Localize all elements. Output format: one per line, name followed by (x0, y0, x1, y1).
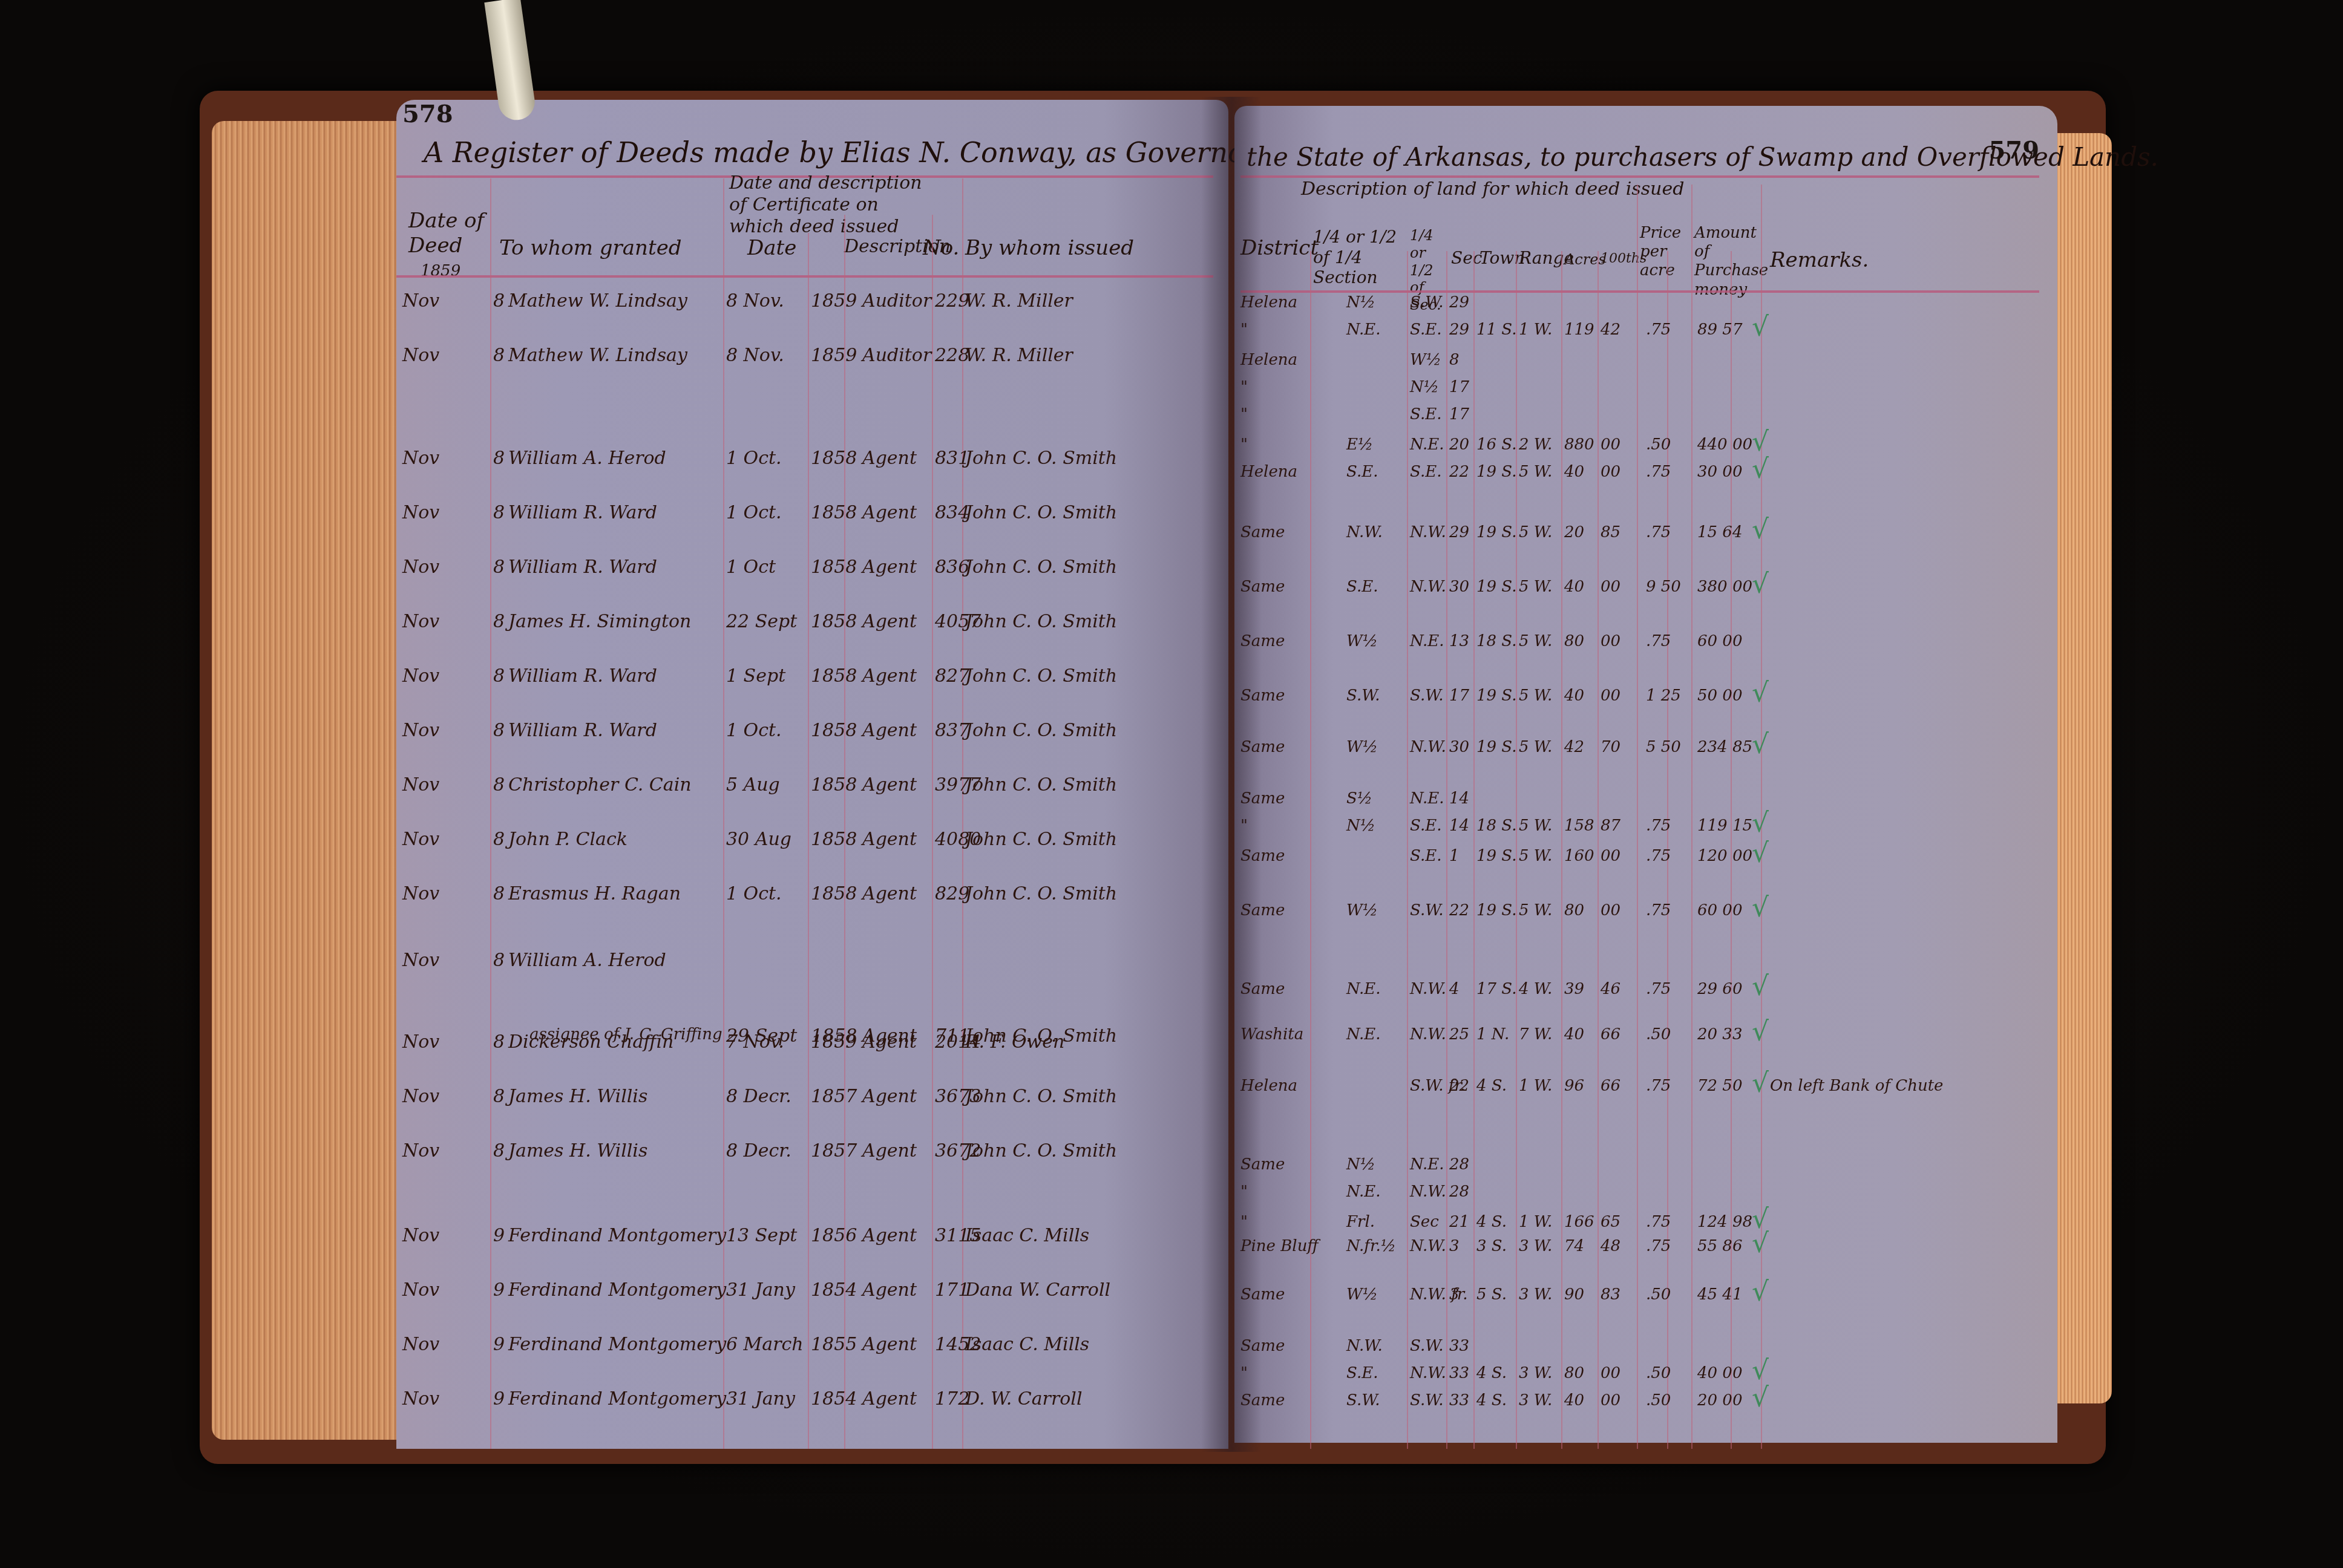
township: 18 S. (1476, 817, 1517, 835)
purchase-amount: 72 50 (1697, 1077, 1742, 1095)
deed-month: Nov (402, 950, 439, 971)
issued-by: Dana W. Carroll (965, 1279, 1110, 1301)
section: 4 (1449, 980, 1460, 998)
acres: 40 (1564, 578, 1584, 596)
acres: 166 (1564, 1213, 1594, 1231)
acres: 74 (1564, 1237, 1584, 1255)
check-mark-icon: √ (1752, 971, 1769, 1002)
quarter-of-section: S.W. (1410, 1337, 1444, 1355)
quarter-of-section: N.W. (1410, 1364, 1446, 1382)
certificate-year: 1855 (811, 1334, 857, 1355)
header-sec: Sec (1451, 248, 1482, 269)
certificate-number: 834 (935, 502, 969, 523)
quarter-of-section: N½ (1410, 378, 1439, 396)
header-date-of-deed: Date of Deed (408, 209, 487, 258)
acres-hundredths: 87 (1601, 817, 1620, 835)
quarter-quarter: W½ (1346, 632, 1378, 650)
acres-hundredths: 66 (1601, 1077, 1620, 1095)
section: 3 (1449, 1237, 1460, 1255)
quarter-of-section: N.E. (1410, 789, 1444, 808)
certificate-date: 1 Oct. (726, 720, 782, 741)
acres-hundredths: 00 (1601, 687, 1620, 705)
quarter-quarter: E½ (1346, 436, 1373, 454)
issued-by: Isaac C. Mills (965, 1334, 1089, 1355)
price-per-acre: .75 (1646, 632, 1671, 650)
header-land-group: Description of land for which deed issue… (1301, 178, 1684, 200)
acres: 80 (1564, 632, 1584, 650)
certificate-year: 1857 (811, 1140, 857, 1161)
column-line (723, 178, 724, 1449)
certificate-date: 8 Nov. (726, 290, 784, 312)
quarter-of-section: S.E. (1410, 321, 1441, 339)
acres-hundredths: 65 (1601, 1213, 1620, 1231)
certificate-number: 829 (935, 883, 969, 904)
header-remarks: Remarks. (1770, 248, 1869, 273)
grantee-name: William R. Ward (508, 502, 657, 523)
quarter-quarter: N½ (1346, 1155, 1375, 1174)
deed-day: 8 (493, 950, 505, 971)
page-edges-right (2057, 133, 2112, 1403)
quarter-quarter: W½ (1346, 1285, 1378, 1304)
township: 4 S. (1476, 1364, 1507, 1382)
price-per-acre: .50 (1646, 436, 1671, 454)
grantee-name: William A. Herod (508, 950, 666, 971)
purchase-amount: 20 33 (1697, 1025, 1742, 1044)
certificate-number: 837 (935, 720, 969, 741)
grantee-name: James H. Willis (508, 1086, 647, 1107)
price-per-acre: .75 (1646, 901, 1671, 920)
section: 1 (1449, 847, 1460, 865)
header-certificate-group: Date and description of Certificate on w… (729, 172, 935, 238)
range: 1 W. (1519, 321, 1552, 339)
certificate-description: Agent (862, 1031, 917, 1053)
township: 4 S. (1476, 1391, 1507, 1410)
price-per-acre: .50 (1646, 1364, 1671, 1382)
certificate-year: 1858 (811, 448, 857, 469)
certificate-description: Agent (862, 611, 917, 632)
deed-month: Nov (402, 557, 439, 578)
certificate-date: 1 Sept (726, 665, 785, 687)
township: 1 N. (1476, 1025, 1509, 1044)
range: 7 W. (1519, 1025, 1552, 1044)
right-page: 579 the State of Arkansas, to purchasers… (1234, 106, 2057, 1443)
certificate-date: 31 Jany (726, 1279, 795, 1301)
township: 4 S. (1476, 1077, 1507, 1095)
deed-day: 8 (493, 1086, 505, 1107)
header-date: Date (747, 236, 796, 261)
quarter-quarter: W½ (1346, 738, 1378, 756)
column-line (1446, 251, 1447, 1449)
price-per-acre: .75 (1646, 1213, 1671, 1231)
purchase-amount: 124 98 (1697, 1213, 1752, 1231)
certificate-year: 1859 (811, 345, 857, 366)
certificate-year: 1858 (811, 829, 857, 850)
purchase-amount: 89 57 (1697, 321, 1742, 339)
section: 22 (1449, 1077, 1469, 1095)
quarter-of-section: S.E. (1410, 817, 1441, 835)
issued-by: John C. O. Smith (965, 1140, 1117, 1161)
price-per-acre: .75 (1646, 817, 1671, 835)
deed-day: 8 (493, 502, 505, 523)
grantee-name: Christopher C. Cain (508, 774, 692, 795)
certificate-year: 1856 (811, 1225, 857, 1246)
header-by-whom-issued: By whom issued (965, 236, 1134, 261)
header-year: 1859 (421, 262, 460, 281)
issued-by: John C. O. Smith (965, 665, 1117, 687)
remark: On left Bank of Chute (1770, 1077, 1944, 1095)
township: 19 S. (1476, 463, 1517, 481)
grantee-name: James H. Simington (508, 611, 691, 632)
issued-by: Isaac C. Mills (965, 1225, 1089, 1246)
section: 14 (1449, 817, 1469, 835)
deed-month: Nov (402, 1140, 439, 1161)
header-price-per-acre: Price per acre (1640, 224, 1688, 281)
acres-hundredths: 66 (1601, 1025, 1620, 1044)
deed-month: Nov (402, 502, 439, 523)
range: 3 W. (1519, 1391, 1552, 1410)
acres: 80 (1564, 1364, 1584, 1382)
certificate-description: Auditor (862, 345, 931, 366)
deed-day: 8 (493, 345, 505, 366)
deed-month: Nov (402, 1031, 439, 1053)
certificate-date: 8 Nov. (726, 345, 784, 366)
range: 5 W. (1519, 523, 1552, 541)
acres-hundredths: 83 (1601, 1285, 1620, 1304)
check-mark-icon: √ (1752, 838, 1769, 869)
certificate-description: Agent (862, 1334, 917, 1355)
quarter-quarter: S.E. (1346, 1364, 1378, 1382)
section: 33 (1449, 1364, 1469, 1382)
header-acres: Acres (1564, 251, 1606, 269)
price-per-acre: 5 50 (1646, 738, 1681, 756)
issued-by: John C. O. Smith (965, 611, 1117, 632)
deed-day: 8 (493, 883, 505, 904)
quarter-quarter: S½ (1346, 789, 1372, 808)
section: 25 (1449, 1025, 1469, 1044)
section: 20 (1449, 436, 1469, 454)
certificate-date: 1 Oct. (726, 883, 782, 904)
certificate-description: Agent (862, 774, 917, 795)
township: 18 S. (1476, 632, 1517, 650)
quarter-of-section: S.W. (1410, 687, 1444, 705)
column-line (962, 178, 963, 1449)
check-mark-icon: √ (1752, 1355, 1769, 1386)
column-line (1473, 251, 1475, 1449)
purchase-amount: 40 00 (1697, 1364, 1742, 1382)
deed-day: 9 (493, 1334, 505, 1355)
grantee-name: Ferdinand Montgomery (508, 1388, 726, 1410)
range: 5 W. (1519, 817, 1552, 835)
township: 19 S. (1476, 738, 1517, 756)
acres: 119 (1564, 321, 1594, 339)
grantee-name: Ferdinand Montgomery (508, 1225, 726, 1246)
township: 3 S. (1476, 1237, 1507, 1255)
certificate-description: Agent (862, 557, 917, 578)
price-per-acre: 9 50 (1646, 578, 1681, 596)
check-mark-icon: √ (1752, 569, 1769, 599)
certificate-year: 1858 (811, 557, 857, 578)
quarter-of-section: N.E. (1410, 1155, 1444, 1174)
acres: 40 (1564, 687, 1584, 705)
grantee-name: Erasmus H. Ragan (508, 883, 681, 904)
price-per-acre: .75 (1646, 980, 1671, 998)
quarter-of-section: N.W. (1410, 578, 1446, 596)
acres: 40 (1564, 463, 1584, 481)
page-edges-left (212, 121, 411, 1440)
page-title: A Register of Deeds made by Elias N. Con… (424, 136, 1294, 169)
acres: 880 (1564, 436, 1594, 454)
deed-day: 8 (493, 829, 505, 850)
township: 19 S. (1476, 901, 1517, 920)
acres-hundredths: 48 (1601, 1237, 1620, 1255)
section: 17 (1449, 405, 1469, 423)
acres: 96 (1564, 1077, 1584, 1095)
deed-month: Nov (402, 720, 439, 741)
deed-day: 8 (493, 290, 505, 312)
acres-hundredths: 00 (1601, 578, 1620, 596)
certificate-date: 30 Aug (726, 829, 791, 850)
acres: 40 (1564, 1025, 1584, 1044)
certificate-date: 6 March (726, 1334, 804, 1355)
quarter-of-section: N.W. (1410, 1025, 1446, 1044)
range: 5 W. (1519, 901, 1552, 920)
section: 30 (1449, 738, 1469, 756)
price-per-acre: .75 (1646, 523, 1671, 541)
price-per-acre: 1 25 (1646, 687, 1681, 705)
township: 11 S. (1476, 321, 1517, 339)
certificate-year: 1858 (811, 774, 857, 795)
grantee-name: Ferdinand Montgomery (508, 1334, 726, 1355)
acres-hundredths: 00 (1601, 463, 1620, 481)
check-mark-icon: √ (1752, 312, 1769, 342)
certificate-year: 1858 (811, 883, 857, 904)
deed-day: 8 (493, 774, 505, 795)
quarter-quarter: S.W. (1346, 687, 1380, 705)
issued-by: R. F. Owen (965, 1031, 1064, 1053)
acres-hundredths: 42 (1601, 321, 1620, 339)
grantee-name: Mathew W. Lindsay (508, 290, 687, 312)
range: 1 W. (1519, 1213, 1552, 1231)
deed-month: Nov (402, 1334, 439, 1355)
acres: 39 (1564, 980, 1584, 998)
header-quarter-section: 1/4 or 1/2 of 1/4 Section (1313, 227, 1404, 288)
quarter-of-section: N.W. (1410, 1237, 1446, 1255)
grantee-name: James H. Willis (508, 1140, 647, 1161)
purchase-amount: 29 60 (1697, 980, 1742, 998)
purchase-amount: 234 85 (1697, 738, 1752, 756)
certificate-description: Agent (862, 720, 917, 741)
check-mark-icon: √ (1752, 454, 1769, 485)
column-line (1691, 185, 1693, 1449)
acres-hundredths: 00 (1601, 632, 1620, 650)
certificate-number: 836 (935, 557, 969, 578)
section: 22 (1449, 901, 1469, 920)
purchase-amount: 15 64 (1697, 523, 1742, 541)
check-mark-icon: √ (1752, 1068, 1769, 1099)
quarter-of-section: S.E. (1410, 463, 1441, 481)
range: 5 W. (1519, 632, 1552, 650)
quarter-of-section: N.W. (1410, 738, 1446, 756)
deed-day: 9 (493, 1388, 505, 1410)
purchase-amount: 60 00 (1697, 901, 1742, 920)
check-mark-icon: √ (1752, 1382, 1769, 1413)
title-rule (1240, 175, 2039, 178)
price-per-acre: .75 (1646, 1237, 1671, 1255)
page-title: the State of Arkansas, to purchasers of … (1247, 142, 2158, 172)
quarter-of-section: W½ (1410, 351, 1441, 369)
certificate-number: 831 (935, 448, 969, 469)
certificate-date: 1 Oct. (726, 448, 782, 469)
quarter-quarter: N.E. (1346, 980, 1381, 998)
range: 5 W. (1519, 463, 1552, 481)
quarter-of-section: N.W. (1410, 523, 1446, 541)
acres: 90 (1564, 1285, 1584, 1304)
grantee-name: William R. Ward (508, 720, 657, 741)
certificate-description: Agent (862, 502, 917, 523)
left-page: 578 A Register of Deeds made by Elias N.… (396, 100, 1228, 1449)
certificate-description: Agent (862, 1140, 917, 1161)
header-no: No. (923, 236, 959, 261)
acres: 158 (1564, 817, 1594, 835)
check-mark-icon: √ (1752, 678, 1769, 708)
check-mark-icon: √ (1752, 426, 1769, 457)
deed-day: 8 (493, 557, 505, 578)
quarter-of-section: S.W. (1410, 1391, 1444, 1410)
township: 5 S. (1476, 1285, 1507, 1304)
section: 17 (1449, 378, 1469, 396)
certificate-number: 171 (935, 1279, 969, 1301)
column-line (490, 178, 491, 1449)
check-mark-icon: √ (1752, 892, 1769, 923)
issued-by: W. R. Miller (965, 345, 1073, 366)
purchase-amount: 60 00 (1697, 632, 1742, 650)
deed-day: 8 (493, 1140, 505, 1161)
issued-by: John C. O. Smith (965, 720, 1117, 741)
acres: 40 (1564, 1391, 1584, 1410)
certificate-description: Agent (862, 665, 917, 687)
header-rule (1240, 290, 2039, 293)
certificate-number: 228 (935, 345, 969, 366)
section: 29 (1449, 523, 1469, 541)
price-per-acre: .50 (1646, 1025, 1671, 1044)
acres: 80 (1564, 901, 1584, 920)
township: 17 S. (1476, 980, 1517, 998)
certificate-year: 1854 (811, 1388, 857, 1410)
certificate-number: 827 (935, 665, 969, 687)
acres: 42 (1564, 738, 1584, 756)
section: 21 (1449, 1213, 1469, 1231)
price-per-acre: .50 (1646, 1391, 1671, 1410)
price-per-acre: .75 (1646, 321, 1671, 339)
purchase-amount: 119 15 (1697, 817, 1752, 835)
check-mark-icon: √ (1752, 1228, 1769, 1259)
quarter-of-section: S.W. (1410, 901, 1444, 920)
township: 4 S. (1476, 1213, 1507, 1231)
certificate-year: 1858 (811, 502, 857, 523)
purchase-amount: 20 00 (1697, 1391, 1742, 1410)
grantee-name: Mathew W. Lindsay (508, 345, 687, 366)
certificate-date: 8 Decr. (726, 1140, 791, 1161)
certificate-description: Agent (862, 883, 917, 904)
certificate-description: Agent (862, 829, 917, 850)
acres-hundredths: 46 (1601, 980, 1620, 998)
certificate-description: Agent (862, 1225, 917, 1246)
quarter-quarter: N.W. (1346, 1337, 1383, 1355)
deed-month: Nov (402, 883, 439, 904)
quarter-of-section: S.E. (1410, 847, 1441, 865)
section: 33 (1449, 1391, 1469, 1410)
quarter-of-section: Sec (1410, 1213, 1439, 1231)
check-mark-icon: √ (1752, 808, 1769, 838)
deed-day: 8 (493, 665, 505, 687)
issued-by: John C. O. Smith (965, 557, 1117, 578)
column-line (1637, 185, 1638, 1449)
issued-by: D. W. Carroll (965, 1388, 1083, 1410)
section: 28 (1449, 1155, 1469, 1174)
grantee-name: Ferdinand Montgomery (508, 1279, 726, 1301)
certificate-year: 1858 (811, 665, 857, 687)
quarter-quarter: N.E. (1346, 1183, 1381, 1201)
section: 28 (1449, 1183, 1469, 1201)
range: 2 W. (1519, 436, 1552, 454)
deed-month: Nov (402, 1225, 439, 1246)
township: 19 S. (1476, 847, 1517, 865)
acres-hundredths: 00 (1601, 436, 1620, 454)
certificate-date: 8 Decr. (726, 1086, 791, 1107)
purchase-amount: 45 41 (1697, 1285, 1742, 1304)
quarter-quarter: W½ (1346, 901, 1378, 920)
quarter-quarter: N.fr.½ (1346, 1237, 1396, 1255)
issued-by: John C. O. Smith (965, 1086, 1117, 1107)
issued-by: John C. O. Smith (965, 448, 1117, 469)
deed-day: 9 (493, 1279, 505, 1301)
acres-hundredths: 00 (1601, 1364, 1620, 1382)
certificate-description: Agent (862, 1279, 917, 1301)
quarter-quarter: Frl. (1346, 1213, 1375, 1231)
deed-month: Nov (402, 829, 439, 850)
certificate-date: 22 Sept (726, 611, 797, 632)
certificate-date: 5 Aug (726, 774, 780, 795)
range: 1 W. (1519, 1077, 1552, 1095)
purchase-amount: 50 00 (1697, 687, 1742, 705)
certificate-year: 1858 (811, 720, 857, 741)
quarter-quarter: N.W. (1346, 523, 1383, 541)
township: 19 S. (1476, 578, 1517, 596)
certificate-number: 229 (935, 290, 969, 312)
section: 8 (1449, 351, 1460, 369)
issued-by: John C. O. Smith (965, 829, 1117, 850)
quarter-quarter: S.E. (1346, 463, 1378, 481)
purchase-amount: 55 86 (1697, 1237, 1742, 1255)
certificate-description: Auditor (862, 290, 931, 312)
header-to-whom-granted: To whom granted (499, 236, 682, 261)
section: 14 (1449, 789, 1469, 808)
purchase-amount: 120 00 (1697, 847, 1752, 865)
deed-month: Nov (402, 1388, 439, 1410)
grantee-name: John P. Clack (508, 829, 628, 850)
price-per-acre: .75 (1646, 847, 1671, 865)
section: 22 (1449, 463, 1469, 481)
grantee-name: William A. Herod (508, 448, 666, 469)
deed-month: Nov (402, 774, 439, 795)
grantee-name: William R. Ward (508, 557, 657, 578)
section: 29 (1449, 293, 1469, 312)
price-per-acre: .75 (1646, 1077, 1671, 1095)
certificate-year: 1859 (811, 1031, 857, 1053)
deed-month: Nov (402, 1086, 439, 1107)
issued-by: John C. O. Smith (965, 502, 1117, 523)
certificate-date: 1 Oct (726, 557, 776, 578)
